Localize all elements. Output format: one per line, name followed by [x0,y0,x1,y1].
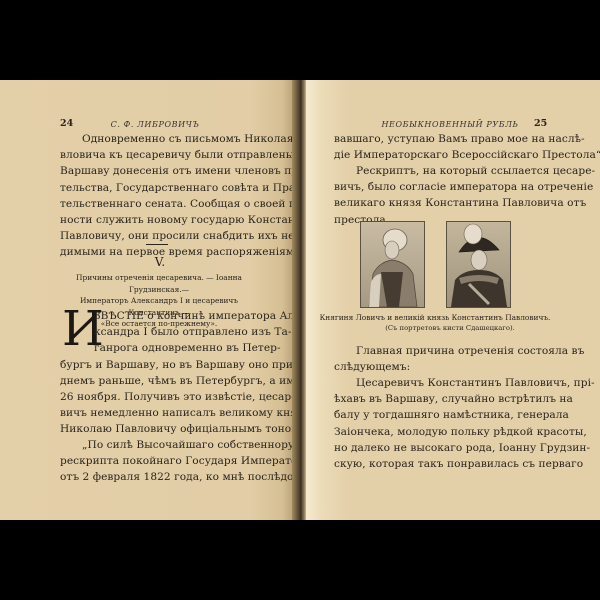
paragraph-chapter-start: ЗВѢСТІЕ о кончинѣ императора Але- ксандр… [60,308,260,438]
text-line: слѣдующемъ: [334,359,540,375]
text-line: скую, которая такъ понравилась съ перваг… [334,456,540,472]
text-line: Главная причина отреченія состояла въ [334,343,540,359]
princess-portrait-image [361,222,424,307]
text-line: Павловичу, они просили снабдить ихъ необ… [60,228,260,244]
text-line: Цесаревичъ Константинъ Павловичъ, прі- [334,375,540,391]
text-line: тельства, Государственнаго совѣта и Прав… [60,180,260,196]
paragraph-quote-end: вавшаго, уступаю Вамъ право мое на наслѣ… [334,131,540,163]
text-line: тельственнаго сената. Сообщая о своей го… [60,196,260,212]
paragraph-rescript-quote: „По силѣ Высочайшаго собственноручнаго р… [60,437,260,486]
text-line: Николаю Павловичу офиціальнымъ тономъ: [60,421,260,437]
illustration-credit: (Съ портретовъ кисти Сдашецкаго). [306,323,564,333]
paragraph-rescript: Рескриптъ, на который ссылается цесаре- … [334,163,540,228]
text-line: бургъ и Варшаву, но въ Варшаву оно пришл… [60,357,260,373]
text-line: Рескриптъ, на который ссылается цесаре- [334,163,540,179]
running-head-left: С. Ф. Либровичъ [0,120,294,129]
grand-duke-portrait-image [447,222,510,307]
paragraph-konstantin-meeting: Цесаревичъ Константинъ Павловичъ, прі- ѣ… [334,375,540,472]
right-page: Необыкновенный рубль 25 вавшаго, уступаю… [306,80,600,520]
text-line: отъ 2 февраля 1822 года, ко мнѣ послѣдо- [60,469,260,485]
page-number-right: 25 [534,118,547,129]
text-line: 26 ноября. Получивъ это извѣстіе, цесаре… [60,389,260,405]
text-line: вловича къ цесаревичу были отправлены въ [60,147,260,163]
text-line: ЗВѢСТІЕ о кончинѣ императора Але- [60,308,260,324]
text-line: діе Императорскаго Всероссійскаго Престо… [334,147,540,163]
text-line: Варшаву донесенія отъ имени членовъ прав… [60,163,260,179]
text-line: но далеко не высокаго рода, Іоанну Грудз… [334,440,540,456]
text-line: балу у тогдашняго намѣстника, генерала [334,407,540,423]
text-line: великаго князя Константина Павловича отъ [334,195,540,211]
text-line: ксандра I было отправлено изъ Та- [60,324,260,340]
left-page: 24 С. Ф. Либровичъ Одновременно съ письм… [0,80,294,520]
running-head-right: Необыкновенный рубль [306,120,556,129]
text-line: вичъ, было согласіе императора на отрече… [334,179,540,195]
section-divider [146,244,168,245]
text-line: вичъ немедленно написалъ великому князю [60,405,260,421]
chapter-number: V. [60,255,260,269]
text-line: вавшаго, уступаю Вамъ право мое на наслѣ… [334,131,540,147]
text-line: „По силѣ Высочайшаго собственноручнаго [60,437,260,453]
text-line: днемъ раньше, чѣмъ въ Петербургъ, а имен… [60,373,260,389]
text-line: ности служить новому государю Константин… [60,212,260,228]
text-line: рескрипта покойнаго Государя Императора, [60,453,260,469]
paragraph-intro: Одновременно съ письмомъ Николая Па- вло… [60,131,260,261]
text-line: ѣхавъ въ Варшаву, случайно встрѣтилъ на [334,391,540,407]
book-spread: 24 С. Ф. Либровичъ Одновременно съ письм… [0,80,600,520]
text-line: Одновременно съ письмомъ Николая Па- [60,131,260,147]
summary-line: Причины отреченія цесаревича. — Іоанна Г… [52,272,266,295]
portrait-princess-lowicz [360,221,425,308]
portrait-grand-duke-konstantin [446,221,511,308]
text-line: ганрога одновременно въ Петер- [60,340,260,356]
paragraph-main-reason: Главная причина отреченія состояла въ сл… [334,343,540,375]
illustration-caption: Княгиня Ловичъ и великій князь Константи… [306,313,564,323]
text-line: Заіончека, молодую польку рѣдкой красоты… [334,424,540,440]
